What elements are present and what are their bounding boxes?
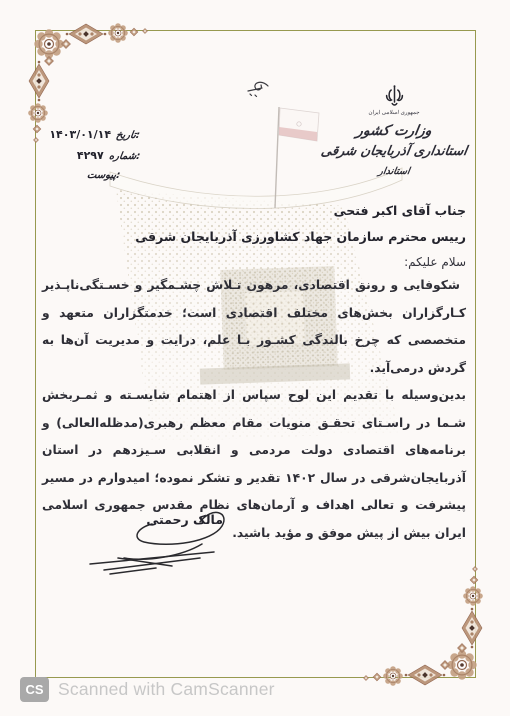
letterhead-republic: جمهوری اسلامی ایران: [318, 110, 471, 116]
scanned-letter-page: جمهوری اسلامی ایران وزارت کشور استانداری…: [0, 0, 510, 716]
camscanner-logo-icon: CS: [20, 677, 49, 702]
body-paragraph-1: شکوفایی و رونق اقتصادی، مرهون تـلاش چشـم…: [42, 272, 466, 382]
camscanner-text: Scanned with CamScanner: [58, 679, 275, 700]
letterhead-ministry: وزارت کشور: [317, 123, 472, 139]
corner-ornament-bottom-right: [359, 562, 485, 688]
meta-number-row: ۴۲۹۷ شماره:: [48, 149, 140, 170]
addressee-block: جناب آقای اکبر فتحی رییس محترم سازمان جه…: [135, 203, 466, 269]
handwritten-annotation-scribble: [228, 70, 278, 104]
camscanner-watermark: CS Scanned with CamScanner: [20, 677, 275, 702]
letter-meta: ۱۴۰۳/۰۱/۱۴ تاریخ: ۴۲۹۷ شماره: پیوست:: [48, 128, 140, 191]
letterhead-governor: استاندار: [317, 166, 471, 177]
number-label: شماره:: [108, 151, 141, 162]
attachment-label: پیوست:: [86, 170, 121, 181]
signatory-name: مالک رحمتی: [146, 512, 223, 527]
recipient-name: جناب آقای اکبر فتحی: [135, 203, 466, 218]
number-value: ۴۲۹۷: [77, 149, 104, 162]
letterhead: جمهوری اسلامی ایران وزارت کشور استانداری…: [318, 84, 470, 177]
date-label: تاریخ:: [115, 130, 140, 141]
date-value: ۱۴۰۳/۰۱/۱۴: [49, 128, 111, 141]
signature-block: مالک رحمتی: [52, 494, 237, 580]
recipient-title: رییس محترم سازمان جهاد کشاورزی آذربایجان…: [135, 229, 466, 244]
signature-scribble: [52, 494, 237, 580]
meta-date-row: ۱۴۰۳/۰۱/۱۴ تاریخ:: [48, 128, 140, 149]
letterhead-governorate: استانداری آذربایجان شرقی: [317, 144, 471, 159]
meta-attachment-row: پیوست:: [48, 170, 140, 191]
iran-emblem-icon: [384, 84, 405, 109]
salutation: سلام علیکم:: [135, 255, 466, 269]
